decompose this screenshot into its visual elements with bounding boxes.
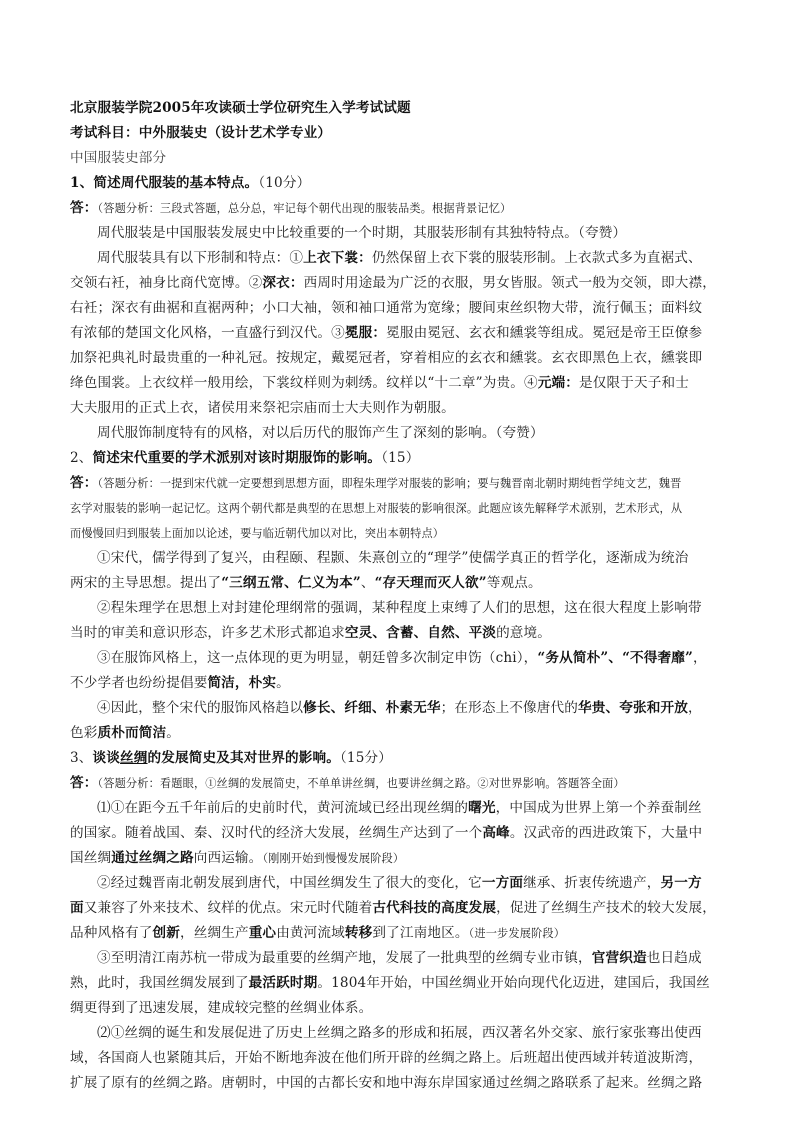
keyword: 高峰	[482, 825, 510, 841]
exam-subject: 考试科目：中外服装史（设计艺术学专业）	[70, 121, 730, 146]
text: 的意境。	[496, 625, 551, 641]
keyword: 通过丝绸之路	[111, 850, 193, 866]
analysis-note: 而慢慢回归到服装上面加以论述，要与临近朝代加以对比，突出本朝特点）	[70, 521, 730, 546]
paragraph-line: 当时的审美和意识形态，许多艺术形式都追求空灵、含蓄、自然、平淡的意境。	[70, 621, 730, 646]
text: 。	[166, 725, 180, 741]
answer-label: 答：	[70, 475, 98, 491]
keyword: 深衣：	[262, 275, 303, 291]
paragraph-line: 周代服装具有以下形制和特点：①上衣下裳：仍然保留上衣下裳的服装形制。上衣款式多为…	[70, 246, 730, 271]
question-1: 1、简述周代服装的基本特点。（10分）	[70, 171, 730, 196]
text: 等观点。	[487, 575, 542, 591]
paragraph-line: 右衽；深衣有曲裾和直裾两种；小口大袖，领和袖口通常为宽缘；腰间束丝织物大带，流行…	[70, 296, 730, 321]
paragraph-line: ①宋代，儒学得到了复兴，由程颐、程颢、朱熹创立的“理学”使儒学真正的哲学化，逐渐…	[70, 546, 730, 571]
stage-note: （进一步发展阶段）	[469, 927, 565, 940]
paragraph: 周代服饰制度特有的风格，对以后历代的服饰产生了深刻的影响。（夸赞）	[70, 421, 730, 446]
text: 也日趋成	[647, 950, 702, 966]
answer-3-analysis: 答：（答题分析：看题眼，①丝绸的发展简史，不单单讲丝绸，也要讲丝绸之路。②对世界…	[70, 771, 730, 796]
text: ③在服饰风格上，这一点体现的更为明显，朝廷曾多次制定申饬（chi），	[97, 650, 537, 666]
paragraph-line: ②经过魏晋南北朝发展到唐代，中国丝绸发生了很大的变化，它一方面继承、折衷传统遗产…	[70, 871, 730, 896]
paragraph-line: ②程朱理学在思想上对封建伦理纲常的强调，某种程度上束缚了人们的思想，这在很大程度…	[70, 596, 730, 621]
text: 、	[361, 575, 375, 591]
keyword: 一方面	[482, 875, 523, 891]
keyword: 冕服：	[345, 325, 386, 341]
paragraph-line: ③在服饰风格上，这一点体现的更为明显，朝廷曾多次制定申饬（chi），“务从简朴”…	[70, 646, 730, 671]
paragraph-line: ⑴①在距今五千年前后的史前时代，黄河流域已经出现丝绸的曙光，中国成为世界上第一个…	[70, 796, 730, 821]
keyword: 元端：	[538, 375, 579, 391]
paragraph-line: 熟，此时，我国丝绸发展到了最活跃时期。1804年开始，中国丝绸业开始向现代化迈进…	[70, 971, 730, 996]
analysis-note: （答题分析：三段式答题，总分总，牢记每个朝代出现的服装品类。根据背景记忆）	[98, 202, 512, 215]
text: 有浓郁的楚国文化风格，一直盛行到汉代。③	[70, 325, 345, 341]
text: 又兼容了外来技术、纹样的优点。宋元时代随着	[84, 900, 373, 916]
paragraph-line: 两宋的主导思想。提出了“三纲五常、仁义为本”、“存天理而灭人欲”等观点。	[70, 571, 730, 596]
text: ；在形态上不像唐代的	[441, 700, 578, 716]
keyword: 另一方	[661, 875, 702, 891]
keyword: 创新	[152, 925, 180, 941]
stage-note: （刚刚开始到慢慢发展阶段）	[262, 852, 404, 865]
text: ，	[688, 700, 702, 716]
keyword: 华贵、夸张和开放	[578, 700, 688, 716]
text: ，	[693, 650, 707, 666]
keyword: 简洁，朴实	[207, 675, 276, 691]
paragraph: 周代服装是中国服装发展史中比较重要的一个时期，其服装形制有其独特特点。（夸赞）	[70, 221, 730, 246]
text: 。汉武帝的西进政策下，大量中	[510, 825, 702, 841]
question-number: 3、	[70, 750, 93, 766]
question-3-keyword: 丝绸	[120, 750, 148, 766]
section-heading: 中国服装史部分	[70, 146, 730, 171]
keyword: 曙光	[468, 800, 496, 816]
keyword: 官营织造	[592, 950, 647, 966]
text: ②经过魏晋南北朝发展到唐代，中国丝绸发生了很大的变化，它	[97, 875, 482, 891]
keyword: “务从简朴”、“不得奢靡”	[537, 650, 693, 666]
keyword: 重心	[249, 925, 277, 941]
answer-label: 答：	[70, 775, 98, 791]
text: 由黄河流域	[276, 925, 345, 941]
paragraph-line: ③至明清江南苏杭一带成为最重要的丝绸产地，发展了一批典型的丝绸专业市镇，官营织造…	[70, 946, 730, 971]
text: 仍然保留上衣下裳的服装形制。上衣款式多为直裾式、	[372, 250, 702, 266]
paragraph-line: 扩展了原有的丝绸之路。唐朝时，中国的古都长安和地中海东岸国家通过丝绸之路联系了起…	[70, 1071, 730, 1096]
text: 国丝绸	[70, 850, 111, 866]
keyword: “存天理而灭人欲”	[375, 575, 487, 591]
paragraph-line: 有浓郁的楚国文化风格，一直盛行到汉代。③冕服：冕服由冕冠、玄衣和纁裳等组成。冕冠…	[70, 321, 730, 346]
text: 西周时用途最为广泛的衣服，男女皆服。领式一般为交领，即大襟，	[304, 275, 716, 291]
text: 色彩	[70, 725, 98, 741]
text: 。1804年开始，中国丝绸业开始向现代化迈进，建国后，我国丝	[317, 975, 710, 991]
text: ，中国成为世界上第一个养蚕制丝	[496, 800, 702, 816]
keyword: 上衣下裳：	[303, 250, 372, 266]
text: 交领右衽，袖身比商代宽博。②	[70, 275, 262, 291]
text: 是仅限于天子和士	[579, 375, 689, 391]
question-3: 3、谈谈丝绸的发展简史及其对世界的影响。（15分）	[70, 746, 730, 771]
keyword: 质朴而简洁	[98, 725, 167, 741]
analysis-note: 玄学对服装的影响一起记忆。这两个朝代都是典型的在思想上对服装的影响很深。此题应该…	[70, 496, 730, 521]
text: 两宋的主导思想。提出了	[70, 575, 221, 591]
text: 。	[276, 675, 290, 691]
document-page: 北京服装学院2005年攻读硕士学位研究生入学考试试题 考试科目：中外服装史（设计…	[70, 96, 730, 1096]
keyword: 转移	[345, 925, 373, 941]
answer-2-analysis: 答：（答题分析：一提到宋代就一定要想到思想方面，即程朱理学对服装的影响；要与魏晋…	[70, 471, 730, 496]
question-1-text: 1、简述周代服装的基本特点。	[70, 175, 258, 191]
text: 到了江南地区。	[372, 925, 468, 941]
question-3-score: （15分）	[340, 750, 392, 766]
analysis-note: （答题分析：看题眼，①丝绸的发展简史，不单单讲丝绸，也要讲丝绸之路。②对世界影响…	[98, 777, 625, 790]
paragraph-line: 大夫服用的正式上衣，诸侯用来祭祀宗庙而士大夫则作为朝服。	[70, 396, 730, 421]
keyword: “三纲五常、仁义为本”	[221, 575, 361, 591]
question-2: 2、简述宋代重要的学术派别对该时期服饰的影响。（15）	[70, 446, 730, 471]
text: ④因此，整个宋代的服饰风格趋以	[97, 700, 303, 716]
text: ③至明清江南苏杭一带成为最重要的丝绸产地，发展了一批典型的丝绸专业市镇，	[97, 950, 592, 966]
paragraph-line: 绸更得到了迅速发展，建成较完整的丝绸业体系。	[70, 996, 730, 1021]
paragraph-line: 交领右衽，袖身比商代宽博。②深衣：西周时用途最为广泛的衣服，男女皆服。领式一般为…	[70, 271, 730, 296]
keyword: 修长、纤细、朴素无华	[303, 700, 440, 716]
paragraph-line: 不少学者也纷纷提倡要简洁，朴实。	[70, 671, 730, 696]
text: ，促进了丝绸生产技术的较大发展，	[496, 900, 716, 916]
text: 继承、折衷传统遗产，	[523, 875, 660, 891]
paragraph-line: 色彩质朴而简洁。	[70, 721, 730, 746]
paragraph-line: ⑵①丝绸的诞生和发展促进了历史上丝绸之路多的形成和拓展，西汉著名外交家、旅行家张…	[70, 1021, 730, 1046]
keyword: 古代科技的高度发展	[372, 900, 496, 916]
question-3-text: 的发展简史及其对世界的影响。	[148, 750, 340, 766]
keyword: 空灵、含蓄、自然、平淡	[345, 625, 496, 641]
keyword: 面	[70, 900, 84, 916]
question-3-text: 谈谈	[93, 750, 121, 766]
text: 的国家。随着战国、秦、汉时代的经济大发展，丝绸生产达到了一个	[70, 825, 482, 841]
paragraph-line: 的国家。随着战国、秦、汉时代的经济大发展，丝绸生产达到了一个高峰。汉武帝的西进政…	[70, 821, 730, 846]
text: 不少学者也纷纷提倡要	[70, 675, 207, 691]
text: 冕服由冕冠、玄衣和纁裳等组成。冕冠是帝王臣僚参	[386, 325, 702, 341]
paragraph-line: 加祭祀典礼时最贵重的一种礼冠。按规定，戴冕冠者，穿着相应的玄衣和纁裳。玄衣即黑色…	[70, 346, 730, 371]
question-2-score: （15）	[381, 450, 419, 466]
text: 熟，此时，我国丝绸发展到了	[70, 975, 249, 991]
paragraph-line: 绛色围裳。上衣纹样一般用绘，下裳纹样则为刺绣。纹样以“十二章”为贵。④元端：是仅…	[70, 371, 730, 396]
text: 品种风格有了	[70, 925, 152, 941]
paragraph-line: ④因此，整个宋代的服饰风格趋以修长、纤细、朴素无华；在形态上不像唐代的华贵、夸张…	[70, 696, 730, 721]
text: 向西运输。	[194, 850, 263, 866]
answer-1-analysis: 答：（答题分析：三段式答题，总分总，牢记每个朝代出现的服装品类。根据背景记忆）	[70, 196, 730, 221]
analysis-note: （答题分析：一提到宋代就一定要想到思想方面，即程朱理学对服装的影响；要与魏晋南北…	[98, 477, 682, 490]
question-1-score: （10分）	[258, 175, 310, 191]
text: 周代服装具有以下形制和特点：①	[97, 250, 303, 266]
keyword: 最活跃时期	[249, 975, 318, 991]
paragraph-line: 品种风格有了创新，丝绸生产重心由黄河流域转移到了江南地区。（进一步发展阶段）	[70, 921, 730, 946]
question-number: 2、	[70, 450, 93, 466]
text: ，丝绸生产	[180, 925, 249, 941]
text: ⑴①在距今五千年前后的史前时代，黄河流域已经出现丝绸的	[97, 800, 468, 816]
text: 绛色围裳。上衣纹样一般用绘，下裳纹样则为刺绣。纹样以“十二章”为贵。④	[70, 375, 538, 391]
exam-title: 北京服装学院2005年攻读硕士学位研究生入学考试试题	[70, 96, 730, 121]
paragraph-line: 面又兼容了外来技术、纹样的优点。宋元时代随着古代科技的高度发展，促进了丝绸生产技…	[70, 896, 730, 921]
paragraph-line: 域，各国商人也紧随其后，开始不断地奔波在他们所开辟的丝绸之路上。后班超出使西域并…	[70, 1046, 730, 1071]
question-2-text: 简述宋代重要的学术派别对该时期服饰的影响。	[93, 450, 382, 466]
text: 当时的审美和意识形态，许多艺术形式都追求	[70, 625, 345, 641]
paragraph-line: 国丝绸通过丝绸之路向西运输。（刚刚开始到慢慢发展阶段）	[70, 846, 730, 871]
answer-label: 答：	[70, 200, 98, 216]
